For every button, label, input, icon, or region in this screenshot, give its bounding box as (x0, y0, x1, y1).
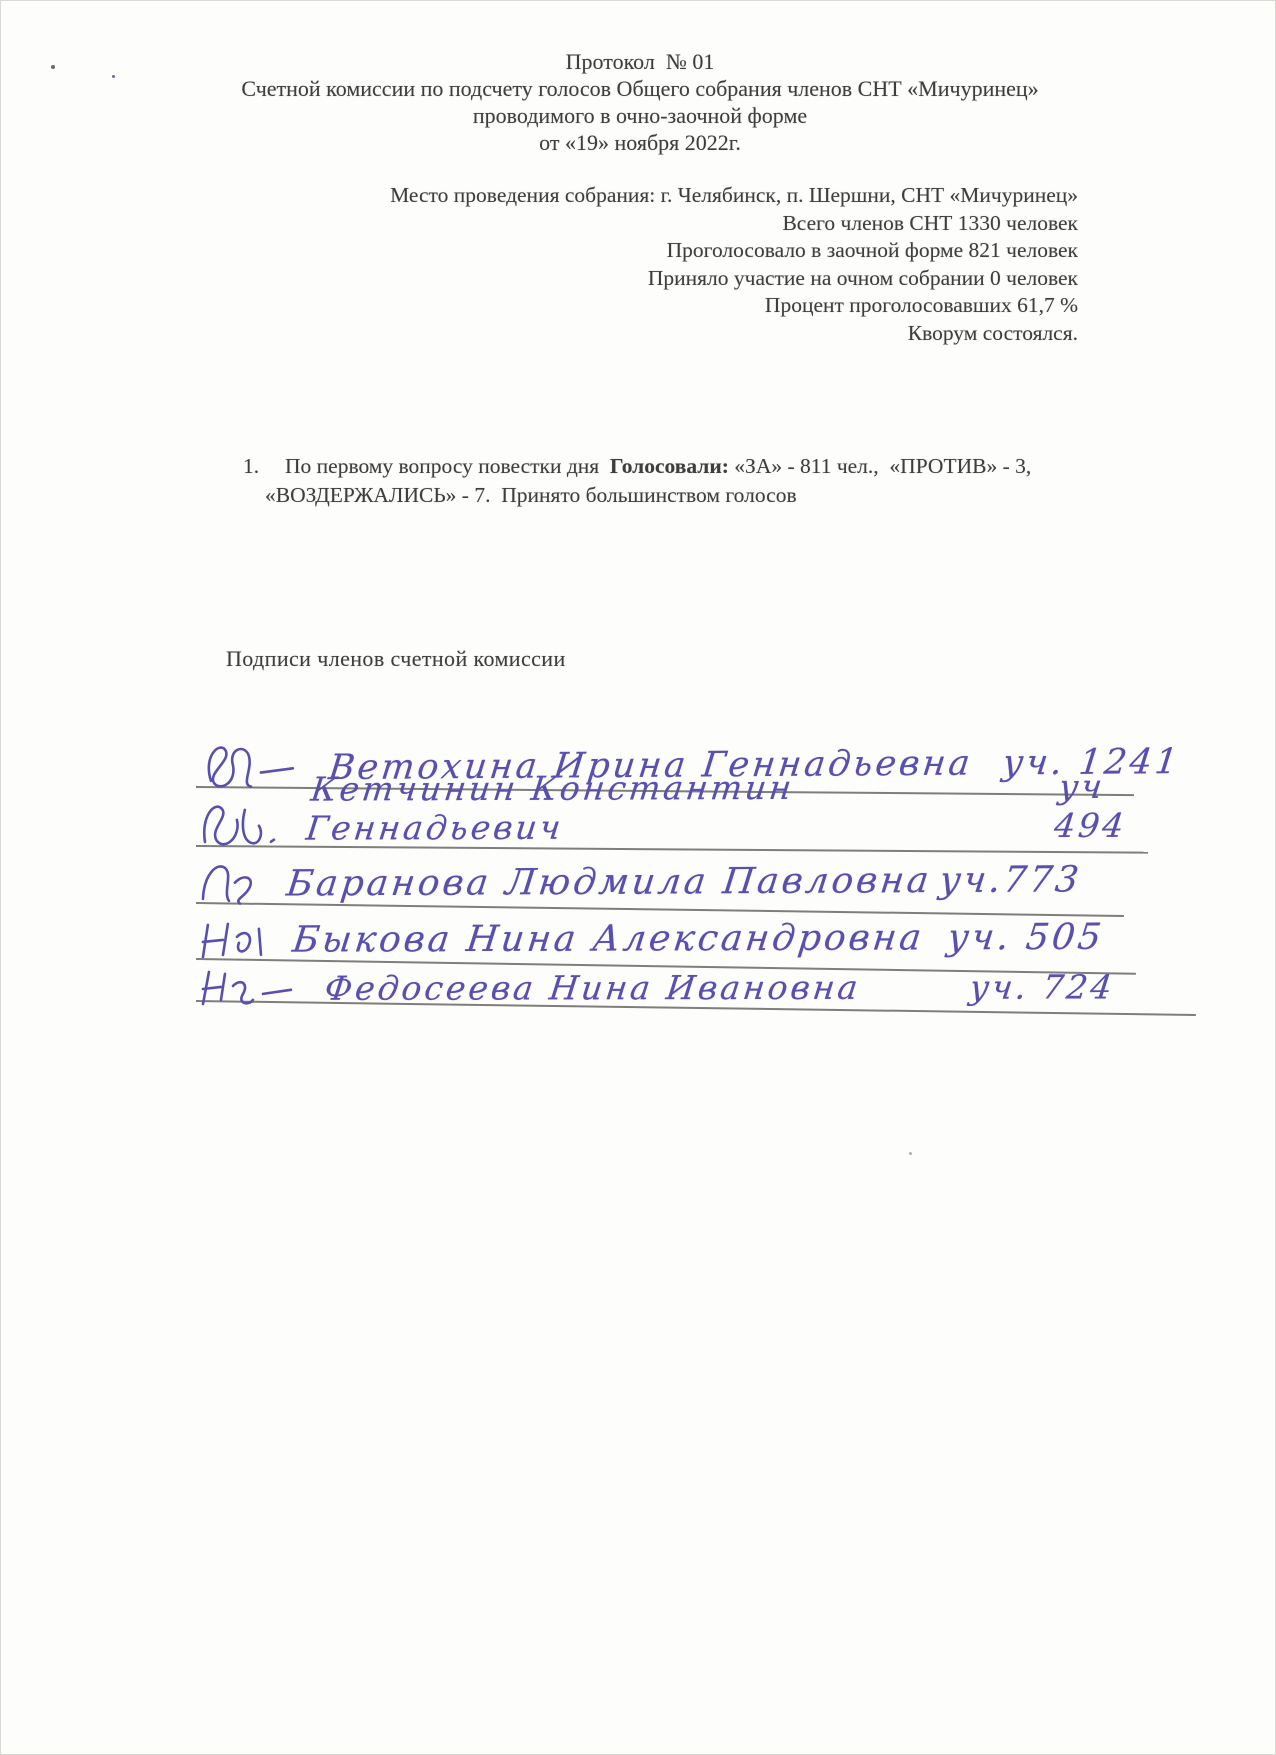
agenda-vote-results: «ЗА» - 811 чел., «ПРОТИВ» - 3, (729, 454, 1031, 478)
document-title-block: Протокол № 01 Счетной комиссии по подсче… (90, 48, 1190, 156)
signature-scribble-icon (195, 956, 311, 1008)
signature-row: Федосеева Нина Ивановна уч. 724 (195, 950, 1185, 1008)
scan-speck (909, 1152, 912, 1155)
attended-in-person: Приняло участие на очном собрании 0 чело… (318, 265, 1078, 293)
agenda-vote-results-cont: «ВОЗДЕРЖАЛИСЬ» - 7. Принято большинством… (265, 481, 1103, 510)
signature-name: Баранова Людмила Павловна (284, 860, 933, 904)
agenda-item-text: По первому вопросу повестки дня (285, 454, 610, 478)
signature-plot-number: уч.773 (937, 859, 1083, 901)
scan-speck (51, 65, 55, 69)
members-total: Всего членов СНТ 1330 человек (318, 210, 1078, 238)
signature-scribble-icon (195, 736, 315, 789)
voted-absentee: Проголосовало в заочной форме 821 челове… (318, 237, 1078, 265)
title-date: от «19» ноября 2022г. (90, 129, 1190, 156)
signature-name: Кетчинин Константин Геннадьевич (304, 767, 1051, 848)
title-commission: Счетной комиссии по подсчету голосов Общ… (90, 75, 1190, 102)
quorum-status: Кворум состоялся. (318, 320, 1078, 348)
signature-plot-number: уч. 724 (968, 967, 1117, 1006)
vote-percent: Процент проголосовавших 61,7 % (318, 292, 1078, 320)
signature-row: Кетчинин Константин Геннадьевич уч 494 (195, 789, 1185, 848)
signature-plot-number: уч 494 (1052, 767, 1190, 845)
signature-row: Баранова Людмила Павловна уч.773 (195, 844, 1185, 905)
scanned-protocol-page: Протокол № 01 Счетной комиссии по подсче… (0, 0, 1276, 1755)
signature-scribble-icon (195, 853, 273, 905)
title-protocol-number: Протокол № 01 (90, 48, 1190, 75)
meeting-place: Место проведения собрания: г. Челябинск,… (318, 182, 1078, 210)
title-form: проводимого в очно-заочной форме (90, 102, 1190, 129)
signatures-heading: Подписи членов счетной комиссии (226, 646, 566, 672)
meeting-meta-block: Место проведения собрания: г. Челябинск,… (318, 182, 1078, 347)
agenda-voted-label: Голосовали: (610, 454, 729, 478)
signature-scribble-icon (195, 796, 295, 848)
agenda-item-number: 1. (243, 452, 285, 481)
agenda-item-1: 1. По первому вопросу повестки дня Голос… (243, 452, 1103, 510)
signature-name: Федосеева Нина Ивановна (323, 968, 863, 1008)
